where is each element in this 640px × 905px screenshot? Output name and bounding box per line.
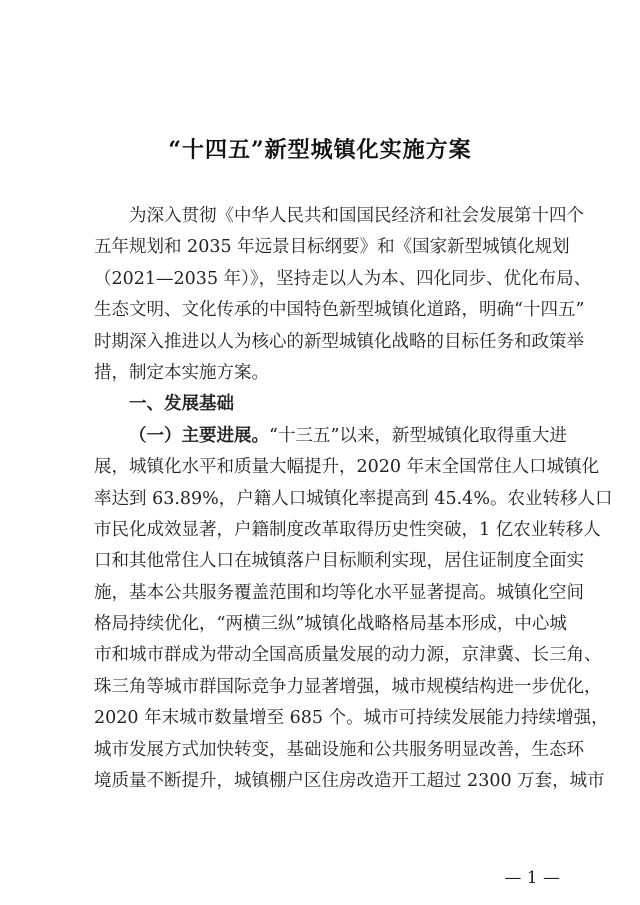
intro-line: 五年规划和 2035 年远景目标纲要》和《国家新型城镇化规划 <box>94 232 556 263</box>
body-line: 城市发展方式加快转变，基础设施和公共服务明显改善，生态环 <box>94 735 556 766</box>
page-number: — 1 — <box>480 868 560 888</box>
body-line: 境质量不断提升，城镇棚户区住房改造开工超过 2300 万套，城市 <box>94 766 556 797</box>
subsection-first-line-text: “十三五”以来，新型城镇化取得重大进 <box>269 426 567 446</box>
section-heading: 一、发展基础 <box>94 389 556 420</box>
intro-line: 措，制定本实施方案。 <box>94 358 556 389</box>
body-line: 率达到 63.89%，户籍人口城镇化率提高到 45.4%。农业转移人口 <box>94 484 556 515</box>
body-line: 展，城镇化水平和质量大幅提升，2020 年末全国常住人口城镇化 <box>94 452 556 483</box>
body-line: 珠三角等城市群国际竞争力显著增强，城市规模结构进一步优化， <box>94 672 556 703</box>
intro-line: 生态文明、文化传承的中国特色新型城镇化道路，明确“十四五” <box>94 295 556 326</box>
document-page: “十四五”新型城镇化实施方案 为深入贯彻《中华人民共和国国民经济和社会发展第十四… <box>0 0 640 905</box>
document-title: “十四五”新型城镇化实施方案 <box>0 133 640 164</box>
intro-line: （2021—2035 年）》，坚持走以人为本、四化同步、优化布局、 <box>94 264 556 295</box>
document-body: 为深入贯彻《中华人民共和国国民经济和社会发展第十四个 五年规划和 2035 年远… <box>94 201 556 797</box>
intro-line: 为深入贯彻《中华人民共和国国民经济和社会发展第十四个 <box>94 201 556 232</box>
intro-line: 时期深入推进以人为核心的新型城镇化战略的目标任务和政策举 <box>94 327 556 358</box>
body-line: 市和城市群成为带动全国高质量发展的动力源，京津冀、长三角、 <box>94 640 556 671</box>
body-line: 市民化成效显著，户籍制度改革取得历史性突破，1 亿农业转移人 <box>94 515 556 546</box>
body-line: 格局持续优化，“两横三纵”城镇化战略格局基本形成，中心城 <box>94 609 556 640</box>
subsection-first-line: （一）主要进展。“十三五”以来，新型城镇化取得重大进 <box>94 421 556 452</box>
body-line: 口和其他常住人口在城镇落户目标顺利实现，居住证制度全面实 <box>94 546 556 577</box>
subsection-label: （一）主要进展。 <box>129 426 269 446</box>
body-line: 施，基本公共服务覆盖范围和均等化水平显著提高。城镇化空间 <box>94 578 556 609</box>
body-line: 2020 年末城市数量增至 685 个。城市可持续发展能力持续增强， <box>94 703 556 734</box>
